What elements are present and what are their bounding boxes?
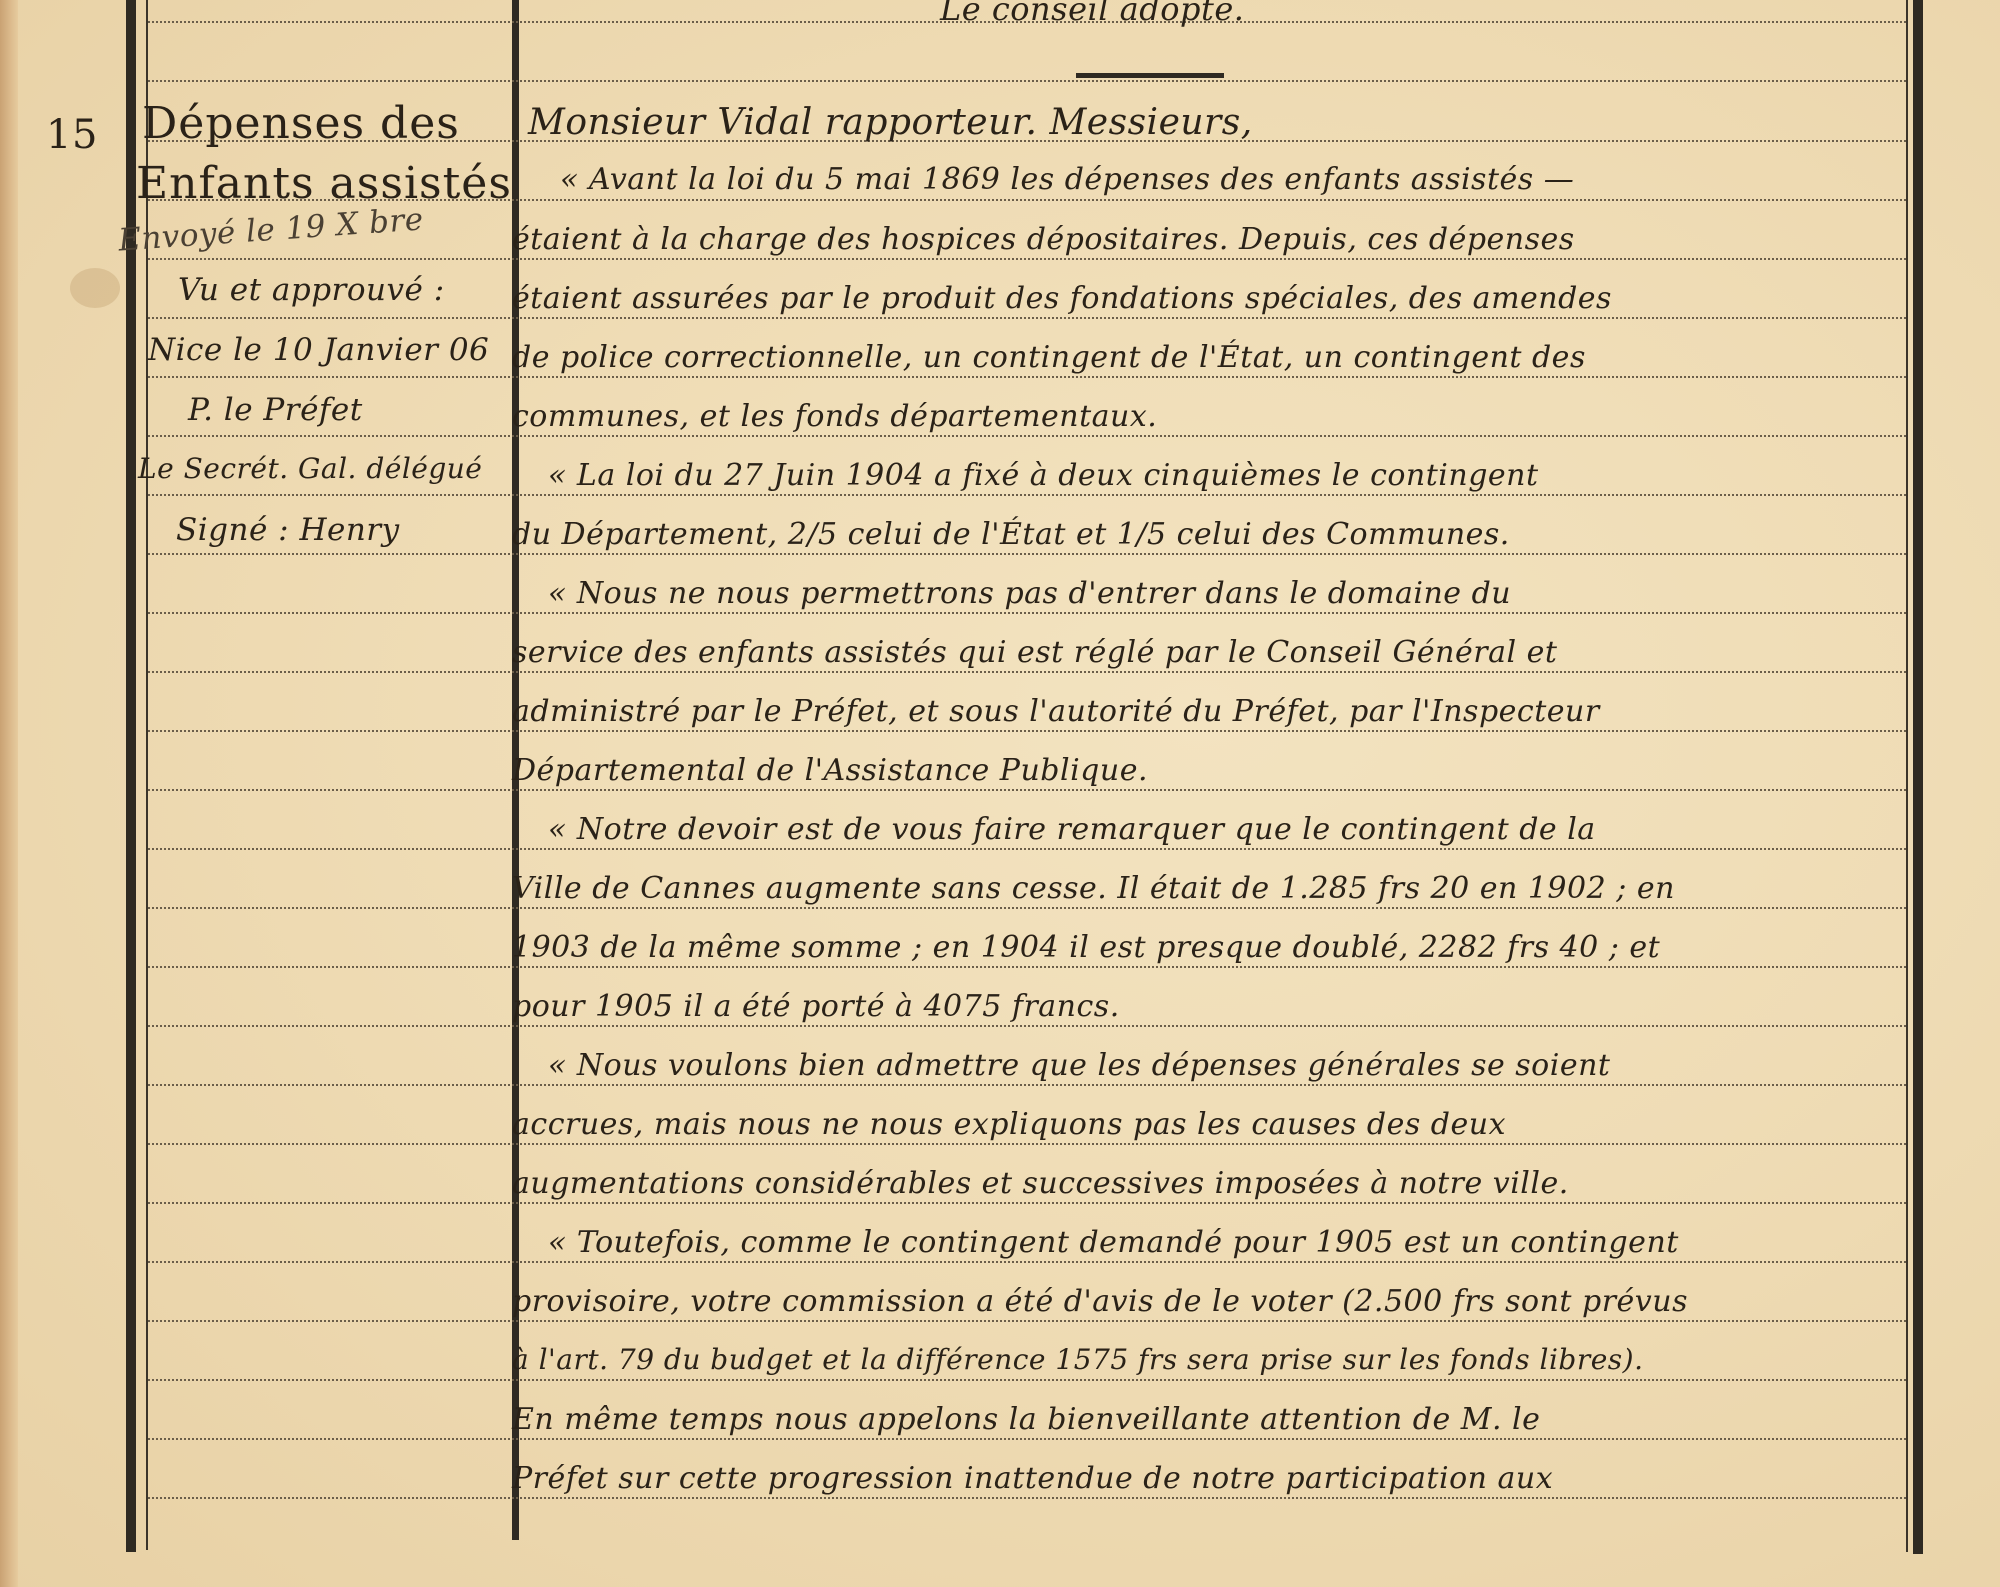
body-line: étaient à la charge des hospices déposit… — [512, 222, 1575, 257]
body-line: « Notre devoir est de vous faire remarqu… — [548, 812, 1596, 847]
body-line: « Nous ne nous permettrons pas d'entrer … — [548, 576, 1511, 611]
body-line: Départemental de l'Assistance Publique. — [512, 753, 1148, 788]
body-line: « Nous voulons bien admettre que les dép… — [548, 1048, 1610, 1083]
approval-line-5: Signé : Henry — [176, 512, 400, 548]
body-line: service des enfants assistés qui est rég… — [512, 635, 1557, 670]
body-line: Monsieur Vidal rapporteur. Messieurs, — [528, 102, 1253, 143]
page-binding-edge — [0, 0, 18, 1587]
approval-line-4: Le Secrét. Gal. délégué — [138, 452, 482, 485]
paper-stain — [70, 268, 120, 308]
body-line: Ville de Cannes augmente sans cesse. Il … — [512, 871, 1675, 906]
body-line: « Avant la loi du 5 mai 1869 les dépense… — [560, 162, 1574, 197]
register-page: Le conseil adopte. 15 Dépenses des Enfan… — [0, 0, 2000, 1587]
body-line: provisoire, votre commission a été d'avi… — [512, 1284, 1688, 1319]
sent-note: Envoyé le 19 X bre — [117, 201, 425, 258]
entry-number: 15 — [46, 112, 98, 158]
entry-separator — [1076, 73, 1224, 78]
body-line: 1903 de la même somme ; en 1904 il est p… — [512, 930, 1660, 965]
body-line: augmentations considérables et successiv… — [512, 1166, 1569, 1201]
approval-line-1: Vu et approuvé : — [178, 272, 445, 308]
body-line: En même temps nous appelons la bienveill… — [512, 1402, 1540, 1437]
body-line: du Département, 2/5 celui de l'État et 1… — [512, 517, 1510, 552]
approval-line-2: Nice le 10 Janvier 06 — [148, 332, 489, 368]
body-line: accrues, mais nous ne nous expliquons pa… — [512, 1107, 1506, 1142]
body-line: « Toutefois, comme le contingent demandé… — [548, 1225, 1679, 1260]
body-line: administré par le Préfet, et sous l'auto… — [512, 694, 1600, 729]
previous-entry-closing: Le conseil adopte. — [940, 0, 1244, 28]
body-line: étaient assurées par le produit des fond… — [512, 281, 1612, 316]
approval-line-3: P. le Préfet — [188, 392, 363, 428]
right-inner-rule — [1906, 0, 1908, 1552]
body-line: de police correctionnelle, un contingent… — [512, 340, 1586, 375]
body-line: communes, et les fonds départementaux. — [512, 399, 1157, 434]
right-frame-rule — [1913, 0, 1923, 1554]
body-line: Préfet sur cette progression inattendue … — [512, 1461, 1553, 1496]
entry-title-line2: Enfants assistés — [136, 158, 512, 209]
body-line: « La loi du 27 Juin 1904 a fixé à deux c… — [548, 458, 1539, 493]
entry-title-line1: Dépenses des — [142, 98, 460, 149]
body-line: à l'art. 79 du budget et la différence 1… — [512, 1343, 1644, 1376]
body-line: pour 1905 il a été porté à 4075 francs. — [512, 989, 1120, 1024]
